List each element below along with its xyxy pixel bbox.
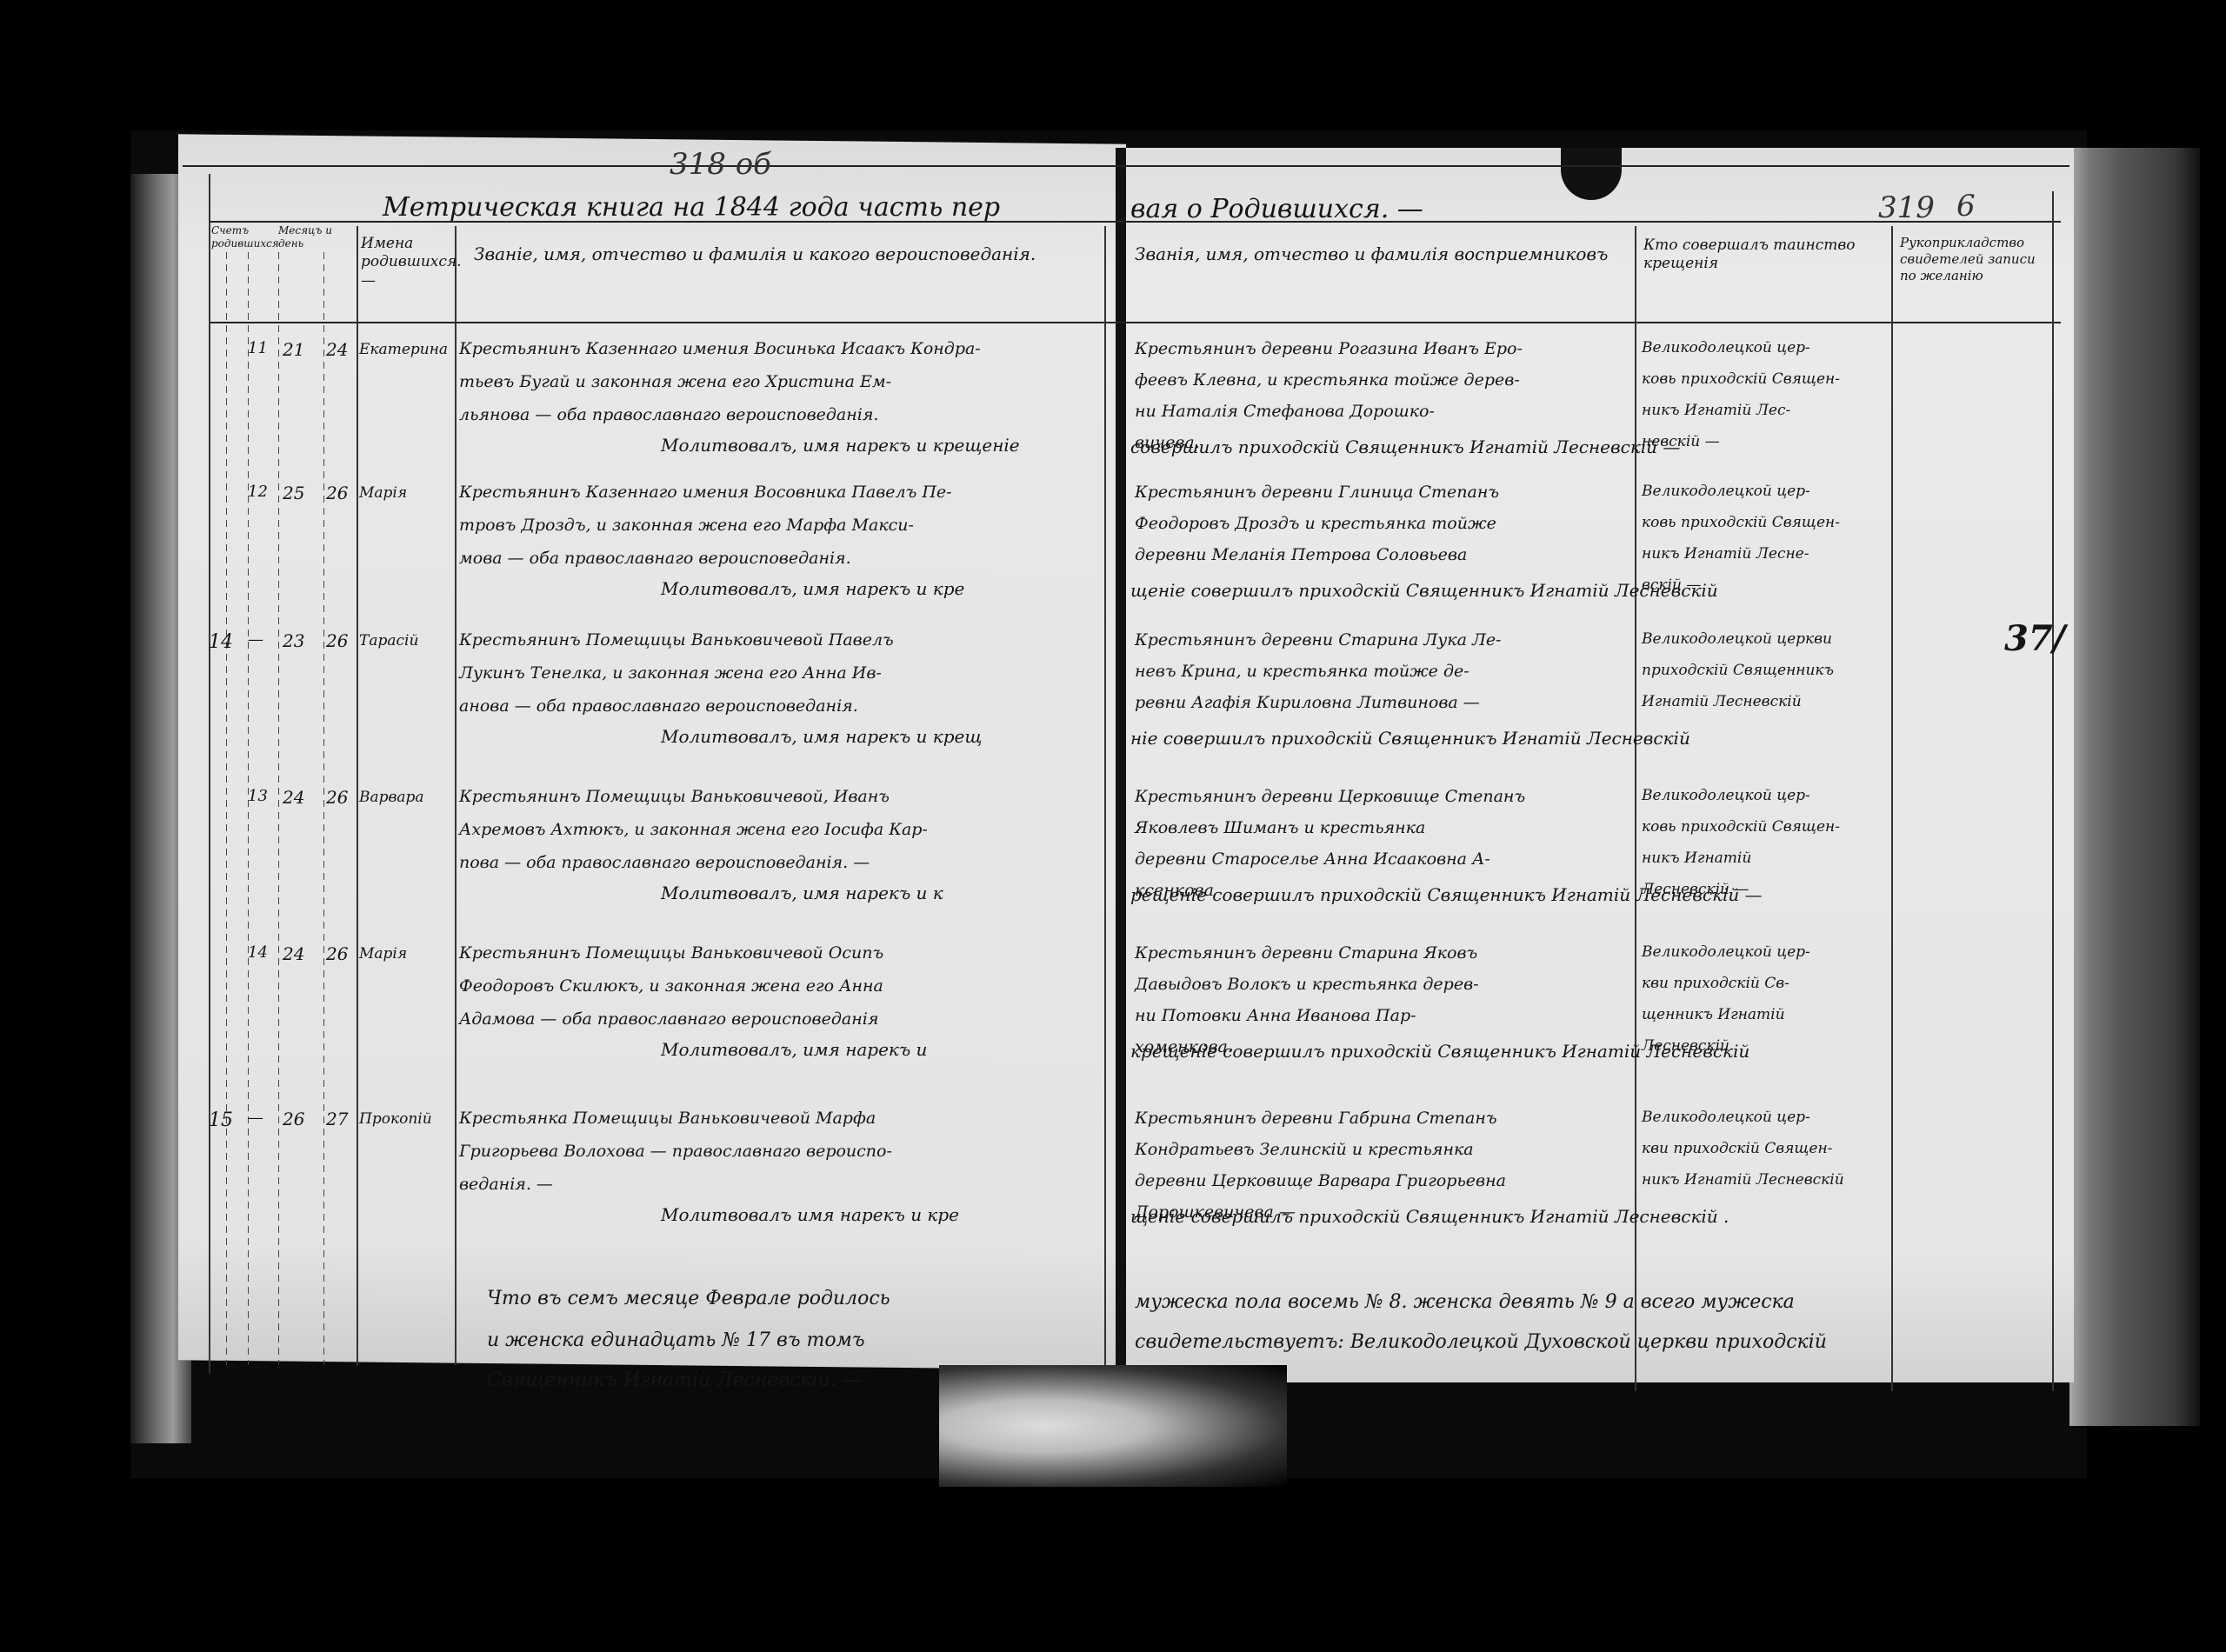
entry-godparents-line: Яковлевъ Шиманъ и крестьянка: [1135, 818, 1425, 839]
col-baptism: [323, 252, 324, 1365]
header-count: Счетъ родившихся: [211, 224, 263, 250]
header-witness: Рукоприкладство свидетелей записи по жел…: [1900, 235, 2048, 283]
entry-prayer-line: Молитвовалъ, имя нарекъ и к: [661, 883, 943, 904]
entry-birth-day: 26: [283, 1109, 304, 1130]
entry-parents-line: Феодоровъ Скилюкъ, и законная жена его А…: [459, 976, 883, 997]
entry-parents-line: мова — оба православнаго вероисповеданія…: [459, 549, 851, 570]
entry-count-girls: 13: [248, 787, 268, 807]
entry-birth-day: 21: [283, 339, 304, 361]
entry-name: Марія: [359, 945, 407, 963]
book-spine: [1116, 148, 1126, 1400]
entry-godparents-line: Кондратьевъ Зелинскій и крестьянка: [1135, 1140, 1474, 1161]
entry-completion-line: щеніе совершилъ приходскій Священникъ Иг…: [1130, 1206, 1729, 1228]
entry-name: Варвара: [359, 789, 424, 807]
entry-prayer-line: Молитвовалъ имя нарекъ и кре: [661, 1204, 959, 1226]
entry-parents-line: Ахремовъ Ахтюкъ, и законная жена его Іос…: [459, 820, 928, 841]
entry-count-boys: 14: [209, 630, 233, 655]
entry-performer-line: Великодолецкой цер-: [1642, 943, 1810, 962]
torn-paper-bottom: [939, 1365, 1287, 1487]
entry-performer-line: Великодолецкой цер-: [1642, 787, 1810, 805]
entry-performer-line: никъ Игнатій Лес-: [1642, 402, 1790, 420]
entry-prayer-line: Молитвовалъ, имя нарекъ и крещ: [661, 726, 982, 748]
entry-godparents-line: ни Потовки Анна Иванова Пар-: [1135, 1006, 1416, 1027]
entry-parents-line: Крестьянинъ Помещицы Ваньковичевой Осипъ: [459, 943, 883, 964]
entry-birth-day: 24: [283, 787, 304, 809]
entry-parents-line: тьевъ Бугай и законная жена его Христина…: [459, 372, 891, 393]
entry-parents-line: пова — оба православнаго вероисповеданія…: [459, 853, 870, 874]
col-boys: [226, 252, 227, 1365]
entry-parents-line: Крестьянинъ Помещицы Ваньковичевой Павел…: [459, 630, 894, 651]
entry-completion-line: ніе совершилъ приходскій Священникъ Игна…: [1130, 728, 1690, 749]
entry-baptism-day: 26: [326, 787, 348, 809]
entry-godparents-line: Феодоровъ Дроздъ и крестьянка тойже: [1135, 514, 1496, 535]
entry-parents-line: Крестьянинъ Казеннаго имения Восовника П…: [459, 483, 952, 503]
entry-name: Екатерина: [359, 341, 448, 359]
entry-godparents-line: Крестьянинъ деревни Глиница Степанъ: [1135, 483, 1499, 503]
entry-name: Тарасій: [359, 632, 418, 650]
entry-godparents-line: ни Наталія Стефанова Дорошко-: [1135, 402, 1435, 423]
entry-performer-line: Великодолецкой церкви: [1642, 630, 1832, 649]
entry-parents-line: Крестьянка Помещицы Ваньковичевой Марфа: [459, 1109, 876, 1129]
entry-birth-day: 25: [283, 483, 304, 504]
entry-prayer-line: Молитвовалъ, имя нарекъ и крещеніе: [661, 435, 1020, 456]
summary-left-3: Священникъ Игнатій Лесневскій. —: [487, 1369, 862, 1393]
entry-performer-line: никъ Игнатій: [1642, 849, 1751, 868]
entry-baptism-day: 24: [326, 339, 348, 361]
entry-completion-line: рещеніе совершилъ приходскій Священникъ …: [1130, 884, 1763, 906]
col-parents: [455, 226, 457, 1365]
entry-name: Марія: [359, 484, 407, 503]
header-godparents: Званія, имя, отчество и фамилія восприем…: [1135, 243, 1630, 265]
col-birth: [278, 252, 279, 1365]
entry-performer-line: Великодолецкой цер-: [1642, 483, 1810, 501]
col-witness: [1891, 226, 1893, 1391]
col-border: [209, 174, 210, 1374]
entry-count-girls: 14: [248, 943, 268, 963]
entry-performer-line: кви приходскій Св-: [1642, 975, 1789, 993]
entry-godparents-line: деревни Меланія Петрова Соловьева: [1135, 545, 1467, 566]
entry-performer-line: кви приходскій Священ-: [1642, 1140, 1832, 1158]
col-right-border: [2052, 191, 2054, 1391]
entry-completion-line: щеніе совершилъ приходскій Священникъ Иг…: [1130, 580, 1718, 602]
entry-godparents-line: Крестьянинъ деревни Габрина Степанъ: [1135, 1109, 1497, 1129]
header-parents: Званіе, имя, отчество и фамилія и какого…: [474, 243, 1100, 265]
summary-right-1: мужеска пола восемь № 8. женска девять №…: [1135, 1290, 1795, 1315]
summary-left-1: Что въ семъ месяце Феврале родилось: [487, 1287, 890, 1311]
entry-performer-line: щенникъ Игнатій: [1642, 1006, 1785, 1024]
entry-parents-line: тровъ Дроздъ, и законная жена его Марфа …: [459, 516, 914, 536]
entry-parents-line: анова — оба православнаго вероисповедані…: [459, 696, 858, 717]
entry-performer-line: никъ Игнатій Лесне-: [1642, 545, 1809, 563]
entry-count-girls: —: [248, 1109, 263, 1129]
title-left: Метрическая книга на 1844 года часть пер: [383, 191, 1000, 224]
entry-baptism-day: 27: [326, 1109, 348, 1130]
entry-parents-line: Лукинъ Тенелка, и законная жена его Анна…: [459, 663, 882, 684]
col-girls: [248, 252, 249, 1365]
entry-baptism-day: 26: [326, 943, 348, 965]
entry-performer-line: приходскій Священникъ: [1642, 662, 1834, 680]
entry-godparents-line: Давыдовъ Волокъ и крестьянка дерев-: [1135, 975, 1479, 996]
entry-name: Прокопій: [359, 1110, 432, 1129]
summary-left-2: и женска единадцать № 17 въ томъ: [487, 1329, 865, 1353]
rule-header-bottom: [209, 322, 2061, 323]
entry-performer-line: Великодолецкой цер-: [1642, 1109, 1810, 1127]
right-page: [1126, 148, 2074, 1382]
folio-right-suffix: 6: [1956, 188, 1976, 225]
summary-right-2: свидетельствуетъ: Великодолецкой Духовск…: [1135, 1330, 1827, 1355]
entry-parents-line: Крестьянинъ Казеннаго имения Восинька Ис…: [459, 339, 981, 360]
entry-godparents-line: феевъ Клевна, и крестьянка тойже дерев-: [1135, 370, 1520, 391]
entry-baptism-day: 26: [326, 483, 348, 504]
entry-count-girls: 12: [248, 483, 268, 503]
margin-note: 37/: [2004, 617, 2065, 661]
title-right: вая о Родившихся. —: [1130, 193, 1423, 226]
entry-godparents-line: Крестьянинъ деревни Церковище Степанъ: [1135, 787, 1525, 808]
entry-godparents-line: невъ Крина, и крестьянка тойже де-: [1135, 662, 1470, 683]
entry-completion-line: совершилъ приходскій Священникъ Игнатій …: [1130, 436, 1680, 458]
entry-count-boys: 15: [209, 1109, 233, 1133]
entry-parents-line: Крестьянинъ Помещицы Ваньковичевой, Иван…: [459, 787, 890, 808]
entry-godparents-line: ревни Агафія Кириловна Литвинова —: [1135, 693, 1480, 714]
col-name: [357, 226, 358, 1365]
folio-right: 319: [1878, 190, 1935, 227]
header-month-day: Месяцъ и день: [278, 224, 357, 250]
entry-parents-line: льянова — оба православнаго вероисповеда…: [459, 405, 878, 426]
entry-baptism-day: 26: [326, 630, 348, 652]
entry-prayer-line: Молитвовалъ, имя нарекъ и: [661, 1039, 927, 1061]
entry-performer-line: Великодолецкой цер-: [1642, 339, 1810, 357]
entry-performer-line: ковь приходскій Священ-: [1642, 818, 1840, 836]
col-right-edge-left-page: [1104, 226, 1106, 1365]
left-page: [178, 134, 1126, 1369]
entry-parents-line: Григорьева Волохова — православнаго веро…: [459, 1142, 892, 1162]
entry-birth-day: 23: [283, 630, 304, 652]
entry-parents-line: веданія. —: [459, 1175, 553, 1196]
entry-parents-line: Адамова — оба православнаго вероисповеда…: [459, 1009, 878, 1030]
entry-birth-day: 24: [283, 943, 304, 965]
entry-prayer-line: Молитвовалъ, имя нарекъ и кре: [661, 578, 964, 600]
entry-godparents-line: Крестьянинъ деревни Рогазина Иванъ Еро-: [1135, 339, 1523, 360]
entry-godparents-line: деревни Церковище Варвара Григорьевна: [1135, 1171, 1506, 1192]
rule-top: [183, 165, 2069, 167]
entry-performer-line: ковь приходскій Священ-: [1642, 370, 1840, 389]
entry-count-girls: —: [248, 630, 263, 650]
header-names: Имена родившихся. —: [361, 235, 452, 290]
book-edge-right: [2069, 148, 2200, 1426]
entry-count-girls: 11: [248, 339, 268, 359]
entry-performer-line: никъ Игнатій Лесневскій: [1642, 1171, 1844, 1189]
header-performer: Кто совершалъ таинство крещенія: [1643, 236, 1887, 274]
entry-performer-line: Игнатій Лесневскій: [1642, 693, 1802, 711]
entry-performer-line: ковь приходскій Священ-: [1642, 514, 1840, 532]
entry-completion-line: крещеніе совершилъ приходскій Священникъ…: [1130, 1041, 1749, 1062]
entry-godparents-line: Крестьянинъ деревни Старина Лука Ле-: [1135, 630, 1501, 651]
entry-godparents-line: деревни Староселье Анна Исааковна А-: [1135, 849, 1490, 870]
folio-stamp-left: 318 об: [670, 146, 771, 183]
entry-godparents-line: Крестьянинъ деревни Старина Яковъ: [1135, 943, 1477, 964]
